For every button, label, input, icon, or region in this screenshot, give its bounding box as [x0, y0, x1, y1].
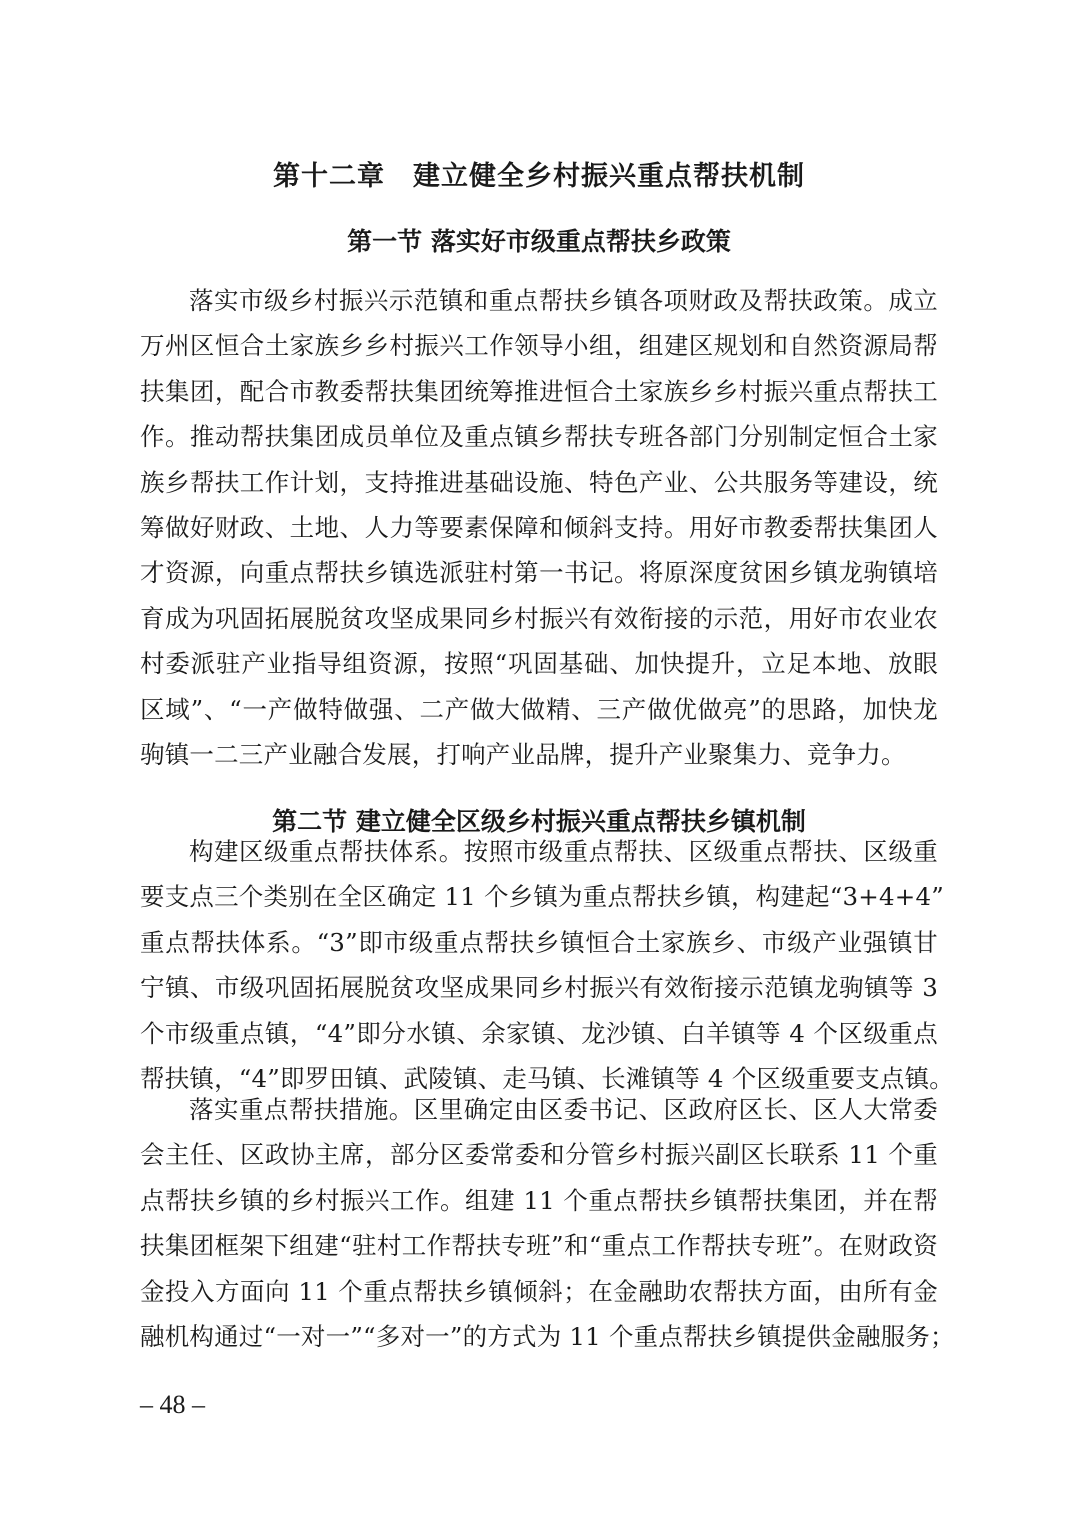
text-line: 融机构通过“一对一”“多对一”的方式为 11 个重点帮扶乡镇提供金融服务；	[140, 1314, 938, 1359]
text-line: 点帮扶乡镇的乡村振兴工作。组建 11 个重点帮扶乡镇帮扶集团，并在帮	[140, 1178, 938, 1223]
text-line: 万州区恒合土家族乡乡村振兴工作领导小组，组建区规划和自然资源局帮	[140, 323, 938, 368]
paragraph-section2-2: 落实重点帮扶措施。区里确定由区委书记、区政府区长、区人大常委 会主任、区政协主席…	[140, 1087, 938, 1359]
text-line: 个市级重点镇，“4”即分水镇、余家镇、龙沙镇、白羊镇等 4 个区级重点	[140, 1011, 938, 1056]
text-line: 会主任、区政协主席，部分区委常委和分管乡村振兴副区长联系 11 个重	[140, 1132, 938, 1177]
text-line: 村委派驻产业指导组资源，按照“巩固基础、加快提升，立足本地、放眼	[140, 641, 938, 686]
chapter-title: 第十二章 建立健全乡村振兴重点帮扶机制	[140, 154, 938, 200]
text-line: 扶集团框架下组建“驻村工作帮扶专班”和“重点工作帮扶专班”。在财政资	[140, 1223, 938, 1268]
paragraph-section1-1: 落实市级乡村振兴示范镇和重点帮扶乡镇各项财政及帮扶政策。成立 万州区恒合土家族乡…	[140, 278, 938, 777]
text-line: 才资源，向重点帮扶乡镇选派驻村第一书记。将原深度贫困乡镇龙驹镇培	[140, 550, 938, 595]
text-line: 重点帮扶体系。“3”即市级重点帮扶乡镇恒合土家族乡、市级产业强镇甘	[140, 920, 938, 965]
text-line: 驹镇一二三产业融合发展，打响产业品牌，提升产业聚集力、竞争力。	[140, 732, 938, 777]
text-line: 宁镇、市级巩固拓展脱贫攻坚成果同乡村振兴有效衔接示范镇龙驹镇等 3	[140, 965, 938, 1010]
text-line: 落实市级乡村振兴示范镇和重点帮扶乡镇各项财政及帮扶政策。成立	[140, 278, 938, 323]
text-line: 族乡帮扶工作计划，支持推进基础设施、特色产业、公共服务等建设，统	[140, 460, 938, 505]
text-line: 筹做好财政、土地、人力等要素保障和倾斜支持。用好市教委帮扶集团人	[140, 505, 938, 550]
text-line: 要支点三个类别在全区确定 11 个乡镇为重点帮扶乡镇，构建起“3+4+4”	[140, 874, 938, 919]
text-line: 区域”、“一产做特做强、二产做大做精、三产做优做亮”的思路，加快龙	[140, 687, 938, 732]
text-line: 金投入方面向 11 个重点帮扶乡镇倾斜；在金融助农帮扶方面，由所有金	[140, 1269, 938, 1314]
text-line: 构建区级重点帮扶体系。按照市级重点帮扶、区级重点帮扶、区级重	[140, 829, 938, 874]
paragraph-section2-1: 构建区级重点帮扶体系。按照市级重点帮扶、区级重点帮扶、区级重 要支点三个类别在全…	[140, 829, 938, 1101]
text-line: 扶集团，配合市教委帮扶集团统筹推进恒合土家族乡乡村振兴重点帮扶工	[140, 369, 938, 414]
text-line: 育成为巩固拓展脱贫攻坚成果同乡村振兴有效衔接的示范，用好市农业农	[140, 596, 938, 641]
text-line: 作。推动帮扶集团成员单位及重点镇乡帮扶专班各部门分别制定恒合土家	[140, 414, 938, 459]
text-line: 落实重点帮扶措施。区里确定由区委书记、区政府区长、区人大常委	[140, 1087, 938, 1132]
section-title-1: 第一节 落实好市级重点帮扶乡政策	[140, 220, 938, 264]
page-number: – 48 –	[140, 1380, 205, 1430]
